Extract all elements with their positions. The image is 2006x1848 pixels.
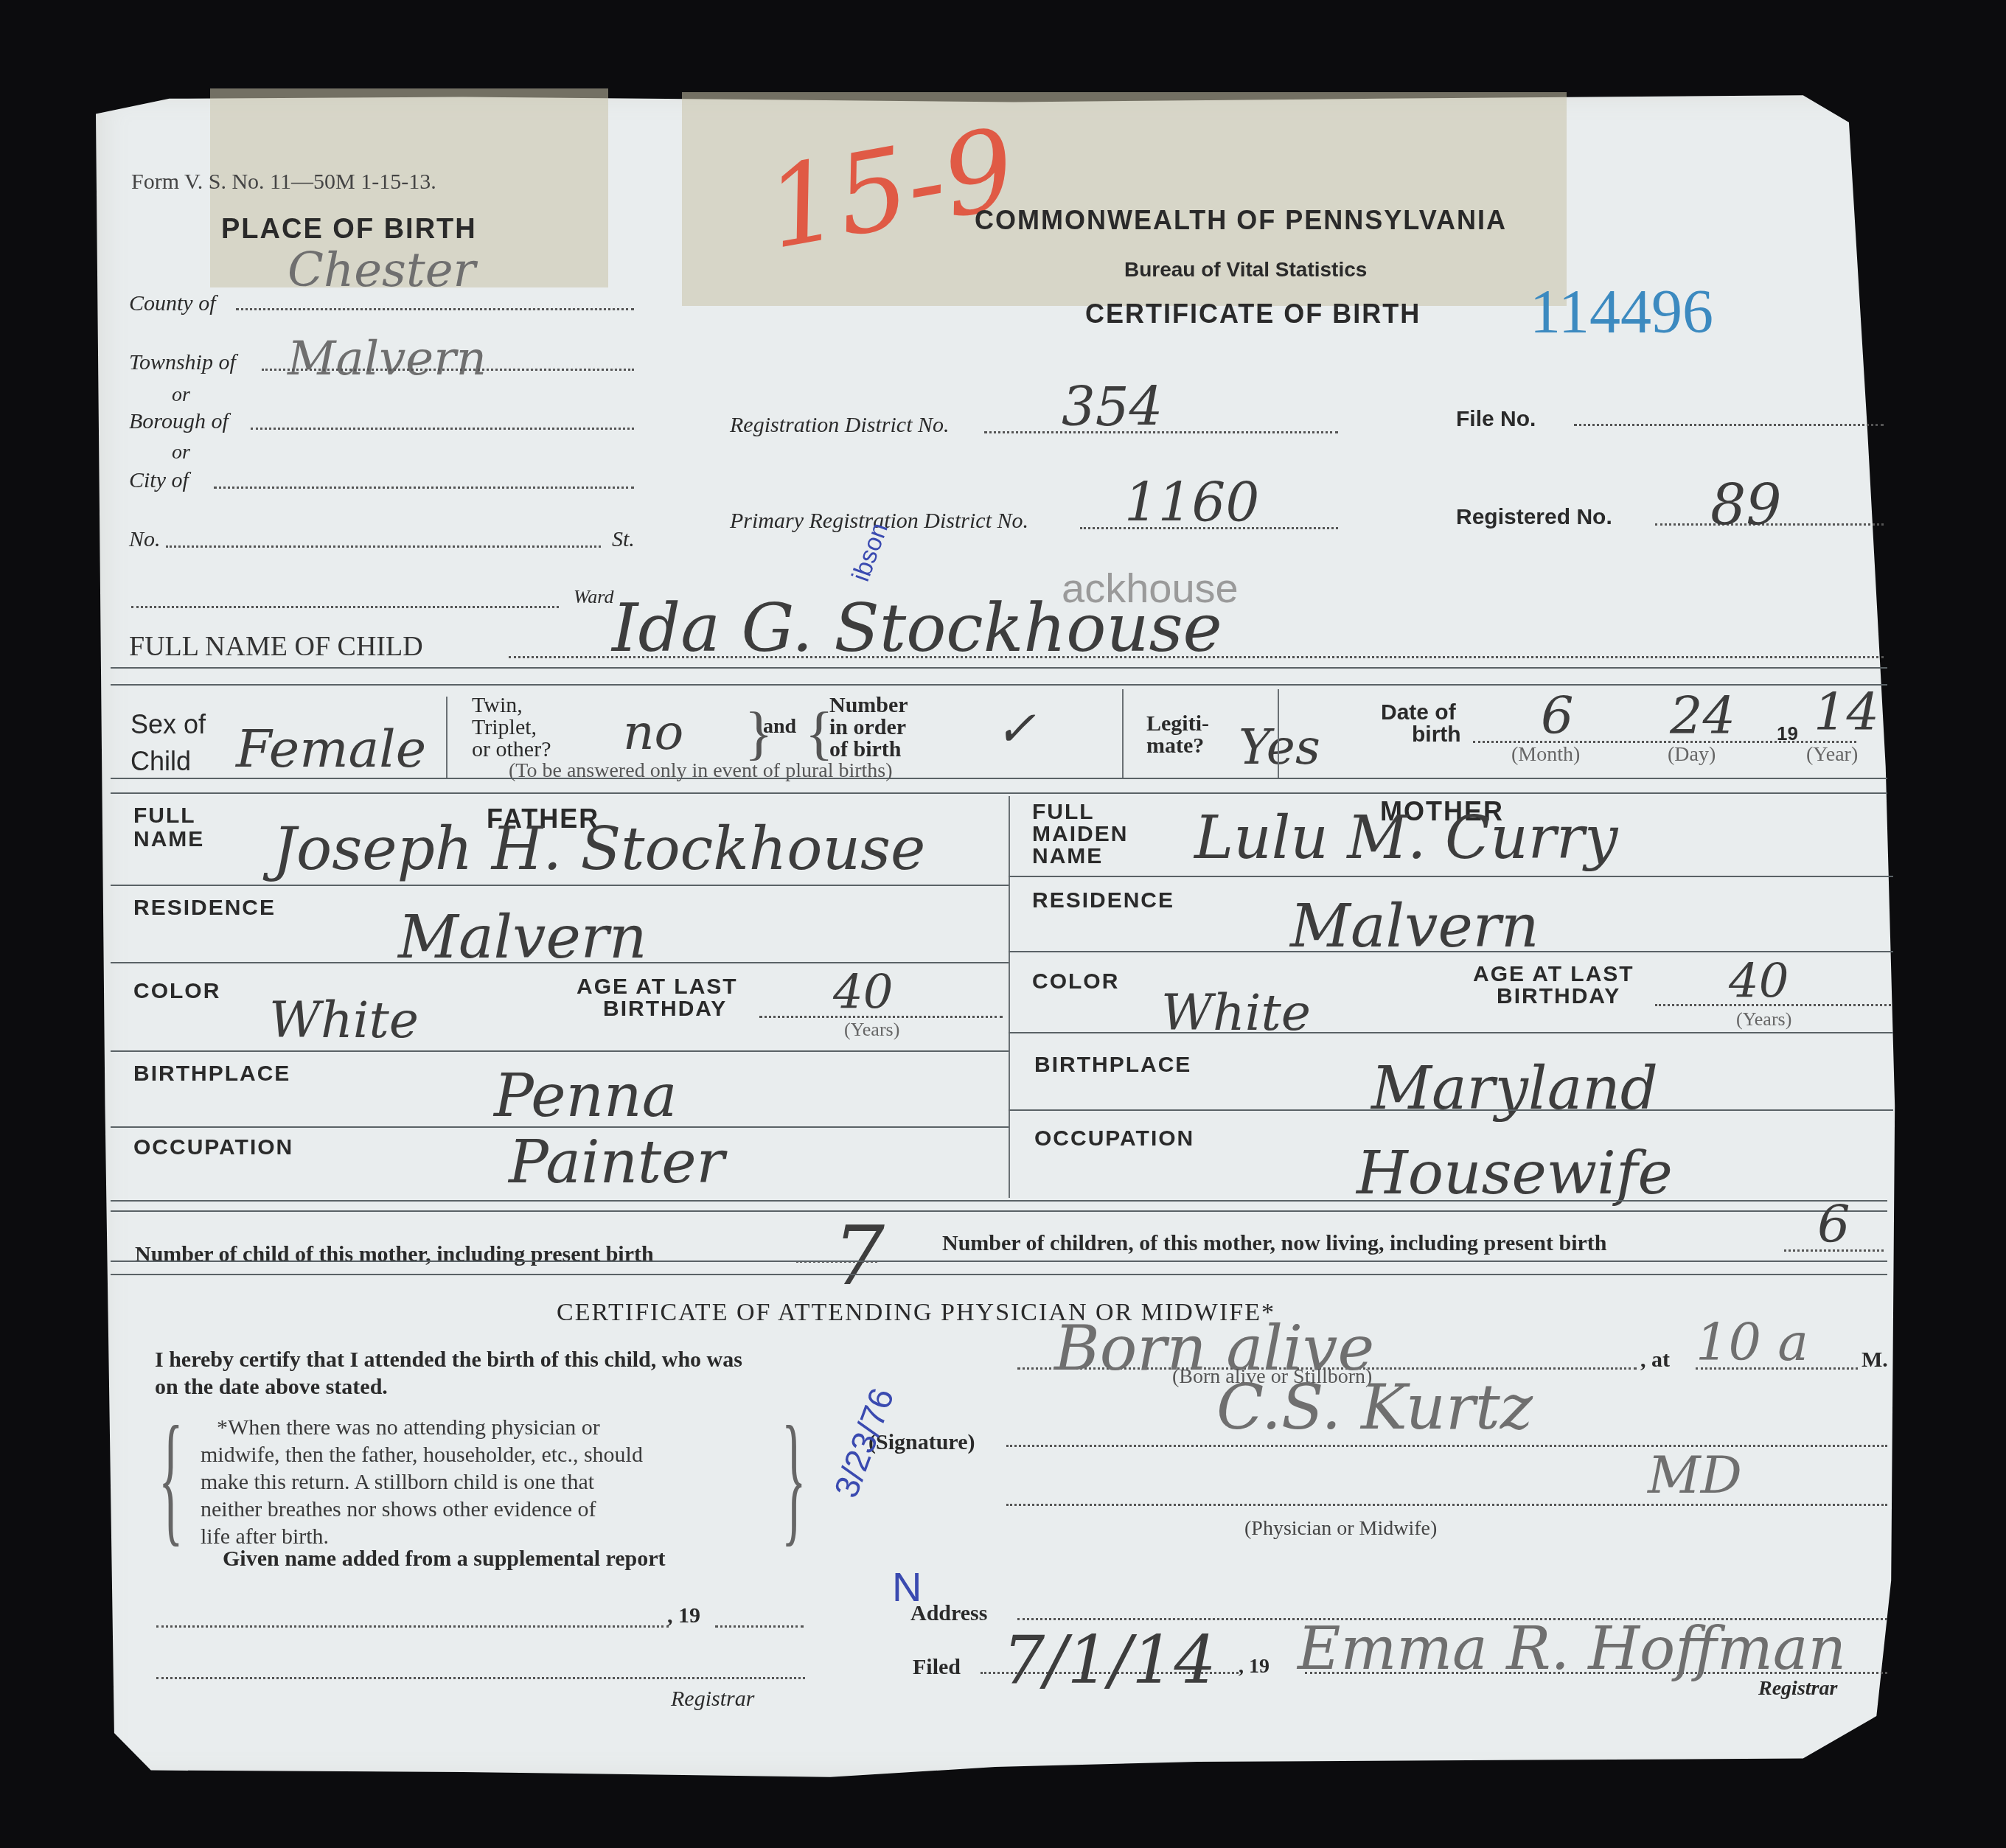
legit-label-1: Legiti- [1146, 711, 1209, 736]
mother-color-label: COLOR [1032, 969, 1119, 994]
supplemental-name-line [156, 1625, 669, 1628]
rule [111, 1274, 1887, 1275]
order-label-2: in order [829, 715, 906, 740]
street-line [166, 545, 601, 548]
father-name-label-1: FULL [133, 803, 196, 829]
mother-age-label-1: AGE AT LAST [1473, 962, 1634, 987]
father-occupation-value: Painter [509, 1128, 725, 1196]
borough-line [251, 428, 634, 430]
rule [1009, 876, 1893, 877]
mother-name-label-1: FULL [1032, 800, 1095, 825]
father-occupation-label: OCCUPATION [133, 1135, 293, 1160]
certificate-title: CERTIFICATE OF BIRTH [1085, 299, 1421, 329]
registrar-caption: Registrar [1758, 1677, 1837, 1701]
registered-no-label: Registered No. [1456, 505, 1612, 530]
street-st-label: St. [612, 527, 635, 552]
rule [1009, 951, 1893, 952]
rule [1009, 1109, 1893, 1111]
rule [111, 778, 1887, 779]
rule [111, 684, 1887, 686]
father-birthplace-value: Penna [494, 1061, 677, 1130]
supplemental-registrar-line [156, 1677, 805, 1679]
file-no-label: File No. [1456, 407, 1536, 432]
township-line [262, 369, 634, 371]
physician-note: *When there was no attending physician o… [201, 1414, 776, 1550]
or-label-2: or [172, 441, 190, 464]
certify-text: I hereby certify that I attended the bir… [155, 1347, 742, 1373]
form-number: Form V. S. No. 11—50M 1-15-13. [131, 170, 436, 195]
dob-day: 24 [1670, 686, 1735, 746]
father-age-label-2: BIRTHDAY [603, 997, 727, 1022]
dob-month: 6 [1541, 686, 1574, 746]
rule [111, 1200, 1887, 1202]
county-label: County of [129, 291, 216, 316]
sex-value: Female [236, 719, 426, 779]
supplemental-year-line [715, 1625, 804, 1628]
child-number-label: Number of child of this mother, includin… [135, 1242, 654, 1267]
supplemental-registrar-caption: Registrar [671, 1687, 754, 1712]
physician-md: MD [1648, 1445, 1742, 1505]
year-caption: (Year) [1806, 743, 1858, 767]
registration-district-label: Registration District No. [730, 413, 950, 438]
physician-caption: (Physician or Midwife) [1244, 1517, 1437, 1541]
rule [111, 1050, 1009, 1052]
father-age-value: 40 [833, 966, 893, 1020]
ward-label: Ward [574, 586, 613, 608]
file-no-line [1574, 424, 1884, 426]
mother-birthplace-value: Maryland [1371, 1054, 1658, 1123]
street-no-label: No. [129, 527, 161, 552]
address-label: Address [910, 1601, 987, 1626]
divider [1278, 689, 1279, 778]
father-age-caption: (Years) [844, 1019, 899, 1041]
note-line: midwife, then the father, householder, e… [201, 1441, 776, 1468]
rule [1009, 1032, 1893, 1033]
mother-name-label-3: NAME [1032, 844, 1103, 869]
divider [1122, 689, 1124, 778]
father-color-label: COLOR [133, 979, 220, 1004]
birth-time-at-label: , at [1640, 1347, 1670, 1373]
mother-color-value: White [1161, 984, 1311, 1042]
rule [111, 1210, 1887, 1212]
county-value: Chester [288, 243, 476, 298]
parents-divider [1009, 796, 1010, 1198]
rule [111, 792, 1887, 794]
child-number-value: 7 [833, 1209, 885, 1303]
father-name-label-2: NAME [133, 827, 204, 852]
or-label-1: or [172, 383, 190, 407]
filed-year-prefix: , 19 [1239, 1655, 1270, 1678]
registrar-signature: Emma R. Hoffman [1298, 1614, 1846, 1683]
birth-time-m-label: M. [1862, 1347, 1888, 1373]
sex-label-2: Child [130, 746, 191, 777]
certify-text-2: on the date above stated. [155, 1375, 388, 1400]
dob-label-1: Date of [1381, 700, 1456, 725]
township-value: Malvern [288, 332, 487, 386]
place-of-birth-heading: PLACE OF BIRTH [221, 214, 477, 245]
legitimate-value: Yes [1239, 719, 1320, 775]
rule [111, 885, 1009, 886]
mother-residence-label: RESIDENCE [1032, 888, 1174, 913]
note-line: *When there was no attending physician o… [201, 1414, 776, 1441]
birth-time-value: 10 a [1696, 1312, 1808, 1373]
filed-label: Filed [913, 1655, 961, 1680]
note-line: neither breathes nor shows other evidenc… [201, 1496, 776, 1523]
physician-signature: C.S. Kurtz [1216, 1371, 1533, 1443]
father-residence-label: RESIDENCE [133, 896, 276, 921]
city-line [214, 487, 634, 489]
commonwealth-title: COMMONWEALTH OF PENNSYLVANIA [975, 205, 1507, 236]
borough-label: Borough of [129, 409, 229, 434]
note-line: make this return. A stillborn child is o… [201, 1468, 776, 1496]
certificate-number-stamp: 114496 [1530, 276, 1713, 348]
mother-occupation-value: Housewife [1357, 1139, 1673, 1207]
mother-occupation-label: OCCUPATION [1034, 1126, 1194, 1151]
mother-age-label-2: BIRTHDAY [1497, 984, 1620, 1009]
children-living-value: 6 [1817, 1194, 1850, 1255]
rule [111, 1261, 1887, 1262]
and-label: and [763, 715, 796, 739]
mother-birthplace-label: BIRTHPLACE [1034, 1053, 1191, 1078]
birth-order-check: ✓ [995, 700, 1036, 757]
physician-line [1006, 1504, 1887, 1506]
sex-label-1: Sex of [130, 709, 206, 740]
child-name-gray-correction: ackhouse [1062, 564, 1239, 612]
note-right-brace: } [781, 1404, 807, 1552]
registration-district-value: 354 [1062, 376, 1163, 438]
order-label-3: of birth [829, 737, 902, 762]
twin-label-1: Twin, [472, 693, 523, 718]
twin-value: no [623, 704, 683, 761]
city-label: City of [129, 468, 189, 493]
primary-district-value: 1160 [1124, 472, 1259, 534]
twin-label-3: or other? [472, 737, 551, 762]
twin-label-2: Triplet, [472, 715, 537, 740]
rule [111, 667, 1887, 669]
county-line [236, 308, 634, 310]
supplemental-year-prefix: , 19 [667, 1603, 700, 1628]
mother-age-caption: (Years) [1736, 1008, 1791, 1031]
dob-label-2: birth [1412, 722, 1461, 747]
child-name-label: FULL NAME OF CHILD [129, 630, 423, 663]
dob-year-prefix: 19 [1777, 722, 1798, 745]
filed-date-value: 7/1/14 [1003, 1622, 1216, 1699]
township-label: Township of [129, 350, 236, 375]
divider [446, 697, 447, 778]
dob-year: 14 [1814, 682, 1879, 742]
children-living-label: Number of children, of this mother, now … [942, 1231, 1607, 1256]
bureau-name: Bureau of Vital Statistics [1124, 258, 1367, 282]
month-caption: (Month) [1511, 743, 1580, 767]
day-caption: (Day) [1668, 743, 1716, 767]
rule [111, 962, 1009, 963]
father-age-label-1: AGE AT LAST [577, 974, 738, 1000]
father-name-value: Joseph H. Stockhouse [273, 815, 925, 883]
mother-name-label-2: MAIDEN [1032, 822, 1128, 847]
ward-line [131, 606, 559, 608]
plural-births-note: (To be answered only in event of plural … [509, 759, 893, 783]
order-label-1: Number [829, 693, 908, 718]
signature-line [1006, 1445, 1887, 1447]
note-left-brace: { [159, 1404, 184, 1552]
legit-label-2: mate? [1146, 733, 1204, 759]
father-birthplace-label: BIRTHPLACE [133, 1061, 290, 1087]
supplemental-label: Given name added from a supplemental rep… [223, 1547, 666, 1572]
mother-name-value: Lulu M. Curry [1194, 803, 1617, 872]
mother-age-value: 40 [1729, 955, 1789, 1009]
registered-no-value: 89 [1710, 472, 1782, 537]
father-color-value: White [269, 991, 419, 1050]
